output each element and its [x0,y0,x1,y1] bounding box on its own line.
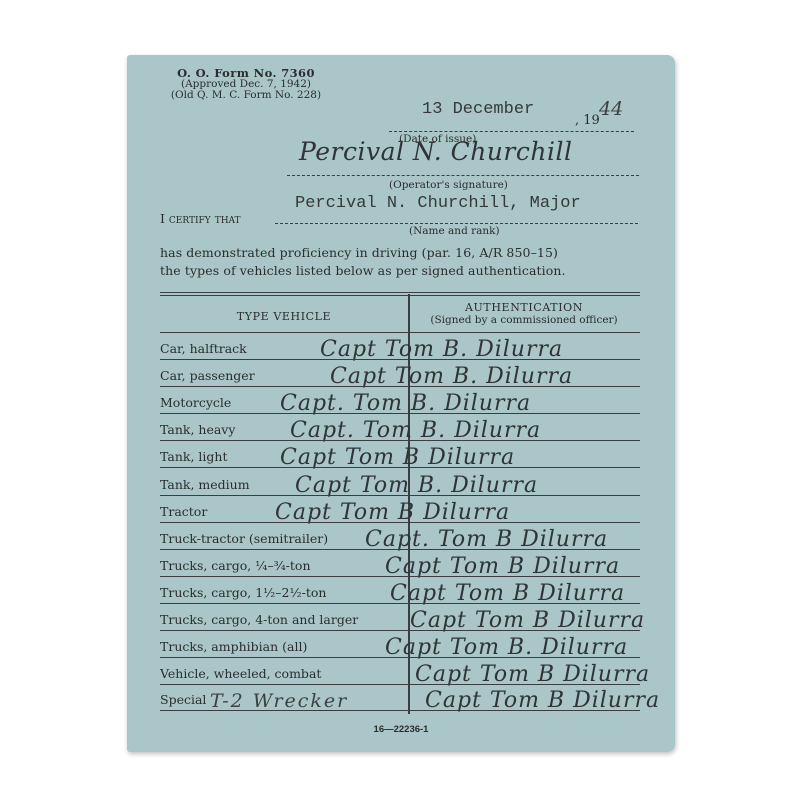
header-authentication-title: AUTHENTICATION [408,302,640,314]
header-type-vehicle: TYPE VEHICLE [160,310,408,323]
old-form-number: (Old Q. M. C. Form No. 228) [127,90,365,101]
certify-prefix: I certify that [160,211,241,226]
top-rule [160,292,640,293]
table-row: Truck-tractor (semitrailer)Capt. Tom B D… [160,522,640,549]
table-row: Tank, heavyCapt. Tom B. Dilurra [160,413,640,440]
table-row: Trucks, cargo, ¼–¾-tonCapt Tom B Dilurra [160,549,640,576]
officer-authentication-signature: Capt Tom B Dilurra [425,688,660,713]
footer-print-code: 16—22236-1 [127,724,675,735]
date-century: , 19 [575,113,600,128]
vehicle-type: Car, halftrack [160,341,247,356]
vehicle-type: Trucks, cargo, 4-ton and larger [160,612,358,627]
table-rows: Car, halftrackCapt Tom B. DilurraCar, pa… [160,332,640,711]
vehicle-type: Tank, light [160,449,227,464]
driver-permit-card: O. O. Form No. 7360 (Approved Dec. 7, 19… [127,55,675,752]
table-row: Car, passengerCapt Tom B. Dilurra [160,359,640,386]
table-row: Trucks, amphibian (all)Capt Tom B. Dilur… [160,630,640,657]
vehicle-type: Trucks, amphibian (all) [160,639,307,654]
table-row: Tank, mediumCapt Tom B. Dilurra [160,467,640,494]
table-row: Trucks, cargo, 1½–2½-tonCapt Tom B Dilur… [160,576,640,603]
certification-text-line-1: has demonstrated proficiency in driving … [160,245,558,260]
table-row: Trucks, cargo, 4-ton and largerCapt Tom … [160,603,640,630]
vehicle-type: Truck-tractor (semitrailer) [160,531,328,546]
special-vehicle-note: T-2 Wrecker [210,690,348,712]
operator-signature: Percival N. Churchill [299,137,572,166]
certification-text-line-2: the types of vehicles listed below as pe… [160,263,566,278]
vehicle-type: Vehicle, wheeled, combat [160,666,321,681]
vehicle-type: Car, passenger [160,368,255,383]
header-authentication-sub: (Signed by a commissioned officer) [408,314,640,326]
header-authentication: AUTHENTICATION (Signed by a commissioned… [408,302,640,326]
vehicle-type: Tank, medium [160,477,250,492]
top-rule-2 [160,295,640,296]
vehicle-type: Motorcycle [160,395,231,410]
date-of-issue-value: 13 December [422,100,534,119]
table-row: TractorCapt Tom B Dilurra [160,495,640,522]
date-year: 44 [599,98,623,120]
table-row: Car, halftrackCapt Tom B. Dilurra [160,332,640,359]
operator-signature-label: (Operator's signature) [389,179,508,191]
vehicle-type: Trucks, cargo, ¼–¾-ton [160,558,311,573]
vehicle-type: Tank, heavy [160,422,235,437]
vehicle-type: Special [160,692,206,707]
name-and-rank-value: Percival N. Churchill, Major [295,194,581,213]
table-row: SpecialT-2 WreckerCapt Tom B Dilurra [160,684,640,711]
table-row: Vehicle, wheeled, combatCapt Tom B Dilur… [160,657,640,684]
table-row: Tank, lightCapt Tom B Dilurra [160,440,640,467]
name-and-rank-label: (Name and rank) [409,225,500,237]
vehicle-type: Tractor [160,504,207,519]
table-row: MotorcycleCapt. Tom B. Dilurra [160,386,640,413]
vehicle-type: Trucks, cargo, 1½–2½-ton [160,585,326,600]
